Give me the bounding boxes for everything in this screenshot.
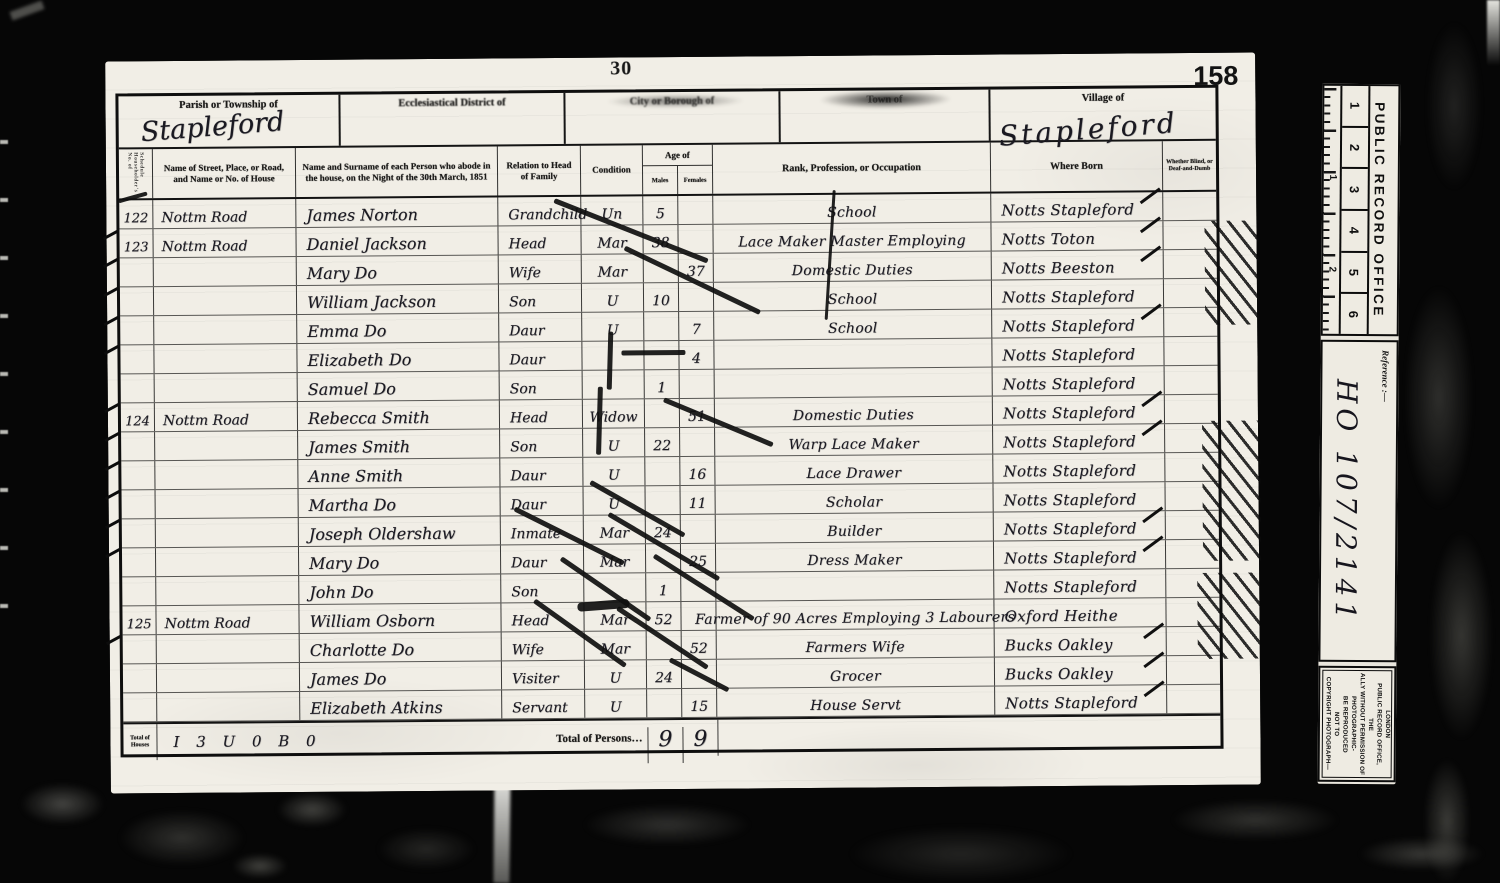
name-cell: James Smith: [298, 429, 500, 459]
age-females-header: Females: [678, 166, 712, 194]
born-cell: Notts Stapleford: [994, 540, 1166, 569]
relation-cell: Head: [498, 226, 581, 255]
blind-cell: [1165, 395, 1218, 423]
col-condition: Condition: [581, 145, 643, 194]
condition-cell: [582, 341, 644, 369]
total-houses-cell: Total of Houses: [123, 724, 157, 760]
col-occupation: Rank, Profession, or Occupation: [713, 143, 991, 194]
occupation-cell: Lace Drawer: [715, 455, 993, 485]
total-houses-value: I 3 U 0 B 0: [157, 722, 447, 760]
born-cell: Bucks Oakley: [995, 627, 1167, 656]
occupation-header: Rank, Profession, or Occupation: [782, 162, 921, 174]
born-cell: Oxford Heithe: [994, 598, 1166, 627]
parish-cell: Parish or Township of Stapleford: [118, 95, 340, 148]
scale-cell: 6: [1341, 294, 1367, 334]
condition-cell: U: [585, 660, 647, 688]
occupation-cell: Dress Maker: [716, 542, 994, 572]
name-cell: Joseph Oldershaw: [299, 516, 501, 546]
blind-cell: [1167, 685, 1220, 713]
relation-cell: Son: [500, 371, 583, 400]
col-blind: Whether Blind, or Deaf-and-Dumb: [1163, 141, 1216, 190]
street-cell: [154, 315, 297, 344]
schedule-number: [120, 287, 154, 315]
street-cell: [157, 634, 300, 663]
film-noise-corner: [1487, 0, 1500, 66]
pro-strip: 1 2 1 2 3 4 5 6 PUBLIC RECORD OFFICE Ref…: [1318, 84, 1401, 785]
scale-cell: 1: [1342, 86, 1368, 128]
street-cell: [155, 431, 298, 460]
age-male-cell: 5: [643, 196, 678, 224]
name-cell: James Norton: [296, 197, 498, 227]
born-cell: Notts Stapleford: [993, 453, 1165, 482]
street-cell: [155, 373, 298, 402]
hatch-marks: [1197, 572, 1260, 658]
schedule-number: [120, 258, 154, 286]
city-label: City or Borough of: [565, 95, 778, 108]
blind-cell: [1163, 192, 1216, 220]
condition-cell: U: [582, 312, 644, 340]
reference-label: Reference :—: [1377, 350, 1393, 402]
census-page: 30 158 Parish or Township of Stapleford …: [105, 52, 1261, 793]
film-noise-top-left: [9, 0, 44, 20]
age-female-cell: 11: [680, 486, 715, 514]
street-cell: Nottm Road: [153, 228, 296, 257]
born-cell: Bucks Oakley: [995, 656, 1167, 685]
age-female-cell: 15: [682, 689, 717, 717]
born-cell: Notts Stapleford: [991, 192, 1163, 221]
age-male-cell: 22: [645, 428, 680, 456]
name-cell: Elizabeth Atkins: [300, 690, 502, 720]
occupation-cell: School: [714, 310, 992, 340]
relation-cell: Daur: [501, 487, 584, 516]
condition-cell: Mar: [582, 254, 644, 282]
occupation-cell: School: [713, 194, 991, 224]
occupation-cell: Farmers Wife: [717, 629, 995, 659]
relation-cell: Head: [500, 400, 583, 429]
street-cell: [156, 518, 299, 547]
occupation-cell: [716, 571, 994, 601]
blind-cell: [1164, 337, 1217, 365]
born-cell: Notts Stapleford: [993, 395, 1165, 424]
totals-spacer: [717, 716, 1220, 756]
schedule-number: [122, 548, 156, 576]
relation-cell: Daur: [499, 313, 582, 342]
occupation-cell: Domestic Duties: [714, 252, 992, 282]
born-cell: Notts Beeston: [992, 250, 1164, 279]
relation-cell: Son: [500, 429, 583, 458]
hatch-marks: [1204, 220, 1259, 324]
scale-cell: 3: [1342, 169, 1368, 211]
district-label: Ecclesiastical District of: [340, 97, 563, 110]
relation-cell: Grandchild: [498, 197, 581, 226]
schedule-number: [120, 316, 154, 344]
schedule-number: [122, 577, 156, 605]
age-header: Age of: [643, 145, 712, 167]
copyright-box: COPYRIGHT PHOTOGRAPH—NOT TO BE REPRODUCE…: [1318, 666, 1397, 783]
name-cell: William Osborn: [299, 603, 501, 633]
name-cell: Charlotte Do: [300, 632, 502, 662]
occupation-cell: Grocer: [717, 658, 995, 688]
total-houses-label: Total of Houses: [123, 735, 156, 749]
relation-cell: Son: [501, 574, 584, 603]
film-noise-right-edge: [1398, 0, 1500, 883]
schedule-number: [123, 664, 157, 692]
total-persons-label: Total of Persons…: [447, 720, 647, 758]
schedule-header: No. of Householder's Schedule: [126, 152, 144, 196]
schedule-number: [121, 432, 155, 460]
born-cell: Notts Stapleford: [992, 308, 1164, 337]
age-female-cell: [680, 370, 715, 398]
schedule-number: 123: [119, 229, 153, 257]
district-cell: Ecclesiastical District of: [340, 93, 565, 146]
village-cell: Village of Stapleford: [990, 88, 1215, 141]
schedule-number: [123, 693, 157, 721]
name-cell: Emma Do: [297, 313, 499, 343]
scale-cell: 2: [1342, 128, 1368, 170]
scale-cell: 5: [1341, 253, 1367, 295]
blind-header: Whether Blind, or Deaf-and-Dumb: [1163, 158, 1216, 172]
name-cell: Samuel Do: [298, 371, 500, 401]
town-cell: Town of: [780, 90, 990, 143]
relation-cell: Son: [499, 284, 582, 313]
name-cell: Mary Do: [297, 255, 499, 285]
schedule-number: 124: [121, 403, 155, 431]
scale-cell: 4: [1341, 211, 1367, 253]
copyright-text: COPYRIGHT PHOTOGRAPH—NOT TO BE REPRODUCE…: [1323, 671, 1392, 777]
census-table: Parish or Township of Stapleford Ecclesi…: [115, 85, 1223, 758]
age-male-cell: [644, 312, 679, 340]
column-headers: No. of Householder's Schedule Name of St…: [119, 141, 1216, 201]
schedule-number: 122: [119, 200, 153, 228]
born-cell: Notts Toton: [991, 221, 1163, 250]
relation-cell: Wife: [499, 255, 582, 284]
col-age: Age of Males Females: [643, 145, 713, 195]
blind-cell: [1165, 366, 1218, 394]
condition-cell: U: [583, 428, 645, 456]
schedule-number: [122, 490, 156, 518]
parish-value: Stapleford: [140, 106, 286, 148]
relation-header: Relation to Head of Family: [498, 159, 580, 182]
condition-cell: U: [585, 689, 647, 717]
age-female-cell: [680, 428, 715, 456]
street-cell: Nottm Road: [156, 605, 299, 634]
relation-cell: Daur: [500, 458, 583, 487]
age-male-cell: 1: [646, 573, 681, 601]
age-female-cell: 16: [680, 457, 715, 485]
age-male-cell: [647, 689, 682, 717]
form-header: Parish or Township of Stapleford Ecclesi…: [118, 88, 1215, 150]
age-female-cell: 4: [679, 341, 714, 369]
occupation-cell: [714, 339, 992, 369]
city-cell: City or Borough of: [565, 91, 780, 144]
total-persons-males: 9: [647, 727, 682, 763]
col-name: Name and Surname of each Person who abod…: [296, 146, 498, 197]
born-cell: Notts Stapleford: [994, 569, 1166, 598]
street-cell: [155, 460, 298, 489]
age-male-cell: [645, 486, 680, 514]
relation-cell: Wife: [502, 632, 585, 661]
age-male-cell: 52: [646, 602, 681, 630]
total-persons-females: 9: [682, 727, 717, 763]
reference-box: Reference :— HO 107/2141: [1318, 340, 1398, 663]
occupation-cell: Domestic Duties: [715, 397, 993, 427]
schedule-number: 125: [122, 606, 156, 634]
pen-stroke: [621, 350, 685, 356]
scale-column: 1 2 3 4 5 6: [1339, 86, 1371, 334]
schedule-number: [120, 345, 154, 373]
street-cell: [154, 286, 297, 315]
street-cell: [156, 547, 299, 576]
born-cell: Notts Stapleford: [993, 424, 1165, 453]
born-header: Where Born: [1050, 161, 1103, 172]
born-cell: Notts Stapleford: [992, 337, 1164, 366]
street-cell: Nottm Road: [153, 199, 296, 228]
schedule-number: [122, 519, 156, 547]
occupation-cell: School: [714, 281, 992, 311]
occupation-cell: [715, 368, 993, 398]
name-cell: Elizabeth Do: [297, 342, 499, 372]
page-number-left: 30: [610, 57, 632, 80]
name-cell: John Do: [299, 574, 501, 604]
name-cell: Anne Smith: [298, 458, 500, 488]
name-cell: Daniel Jackson: [296, 226, 498, 256]
col-relation: Relation to Head of Family: [498, 146, 581, 196]
blind-cell: [1167, 656, 1220, 684]
name-cell: Martha Do: [299, 487, 501, 517]
name-cell: William Jackson: [297, 284, 499, 314]
village-label: Village of: [990, 92, 1215, 105]
schedule-number: [123, 635, 157, 663]
born-cell: Notts Stapleford: [993, 482, 1165, 511]
age-males-header: Males: [643, 166, 678, 194]
street-header: Name of Street, Place, or Road, and Name…: [153, 162, 295, 185]
occupation-cell: Builder: [716, 513, 994, 543]
occupation-cell: Lace Maker Master Employing: [713, 223, 991, 253]
film-noise-bottom-right: [520, 786, 1500, 883]
scan-background: 30 158 Parish or Township of Stapleford …: [0, 0, 1500, 883]
hatch-marks: [1202, 420, 1261, 560]
age-male-cell: 1: [645, 370, 680, 398]
age-female-cell: [678, 196, 713, 224]
occupation-cell: Farmer of 90 Acres Employing 3 Labourers: [716, 600, 994, 630]
occupation-cell: Scholar: [715, 484, 993, 514]
street-cell: [156, 576, 299, 605]
relation-cell: Daur: [499, 342, 582, 371]
schedule-number: [121, 461, 155, 489]
film-noise-left-edge: [0, 140, 8, 620]
condition-cell: Widow: [583, 399, 645, 427]
name-header: Name and Surname of each Person who abod…: [296, 160, 497, 184]
ruler-number: 1: [1327, 174, 1338, 180]
ruler-icon: [1323, 88, 1339, 332]
name-cell: Rebecca Smith: [298, 400, 500, 430]
born-cell: Notts Stapleford: [993, 366, 1165, 395]
totals-row: Total of Houses I 3 U 0 B 0 Total of Per…: [123, 714, 1220, 761]
street-cell: [157, 692, 300, 721]
street-cell: [156, 489, 299, 518]
occupation-cell: House Servt: [717, 687, 995, 717]
town-label: Town of: [780, 94, 988, 107]
condition-cell: [583, 370, 645, 398]
age-male-cell: [645, 457, 680, 485]
pro-ruler-box: 1 2 1 2 3 4 5 6 PUBLIC RECORD OFFICE: [1321, 84, 1401, 337]
ruler-number: 2: [1326, 266, 1337, 272]
age-female-cell: 7: [679, 312, 714, 340]
name-cell: Mary Do: [299, 545, 501, 575]
condition-header: Condition: [592, 164, 631, 175]
relation-cell: Visiter: [502, 661, 585, 690]
age-female-cell: [681, 515, 716, 543]
relation-cell: Servant: [502, 690, 585, 719]
born-cell: Notts Stapleford: [995, 685, 1167, 714]
name-cell: James Do: [300, 661, 502, 691]
schedule-number: [121, 374, 155, 402]
street-cell: [154, 344, 297, 373]
col-street: Name of Street, Place, or Road, and Name…: [153, 148, 296, 198]
age-male-cell: 10: [644, 283, 679, 311]
born-cell: Notts Stapleford: [992, 279, 1164, 308]
condition-cell: U: [582, 283, 644, 311]
born-cell: Notts Stapleford: [994, 511, 1166, 540]
reference-value: HO 107/2141: [1328, 354, 1363, 650]
street-cell: [157, 663, 300, 692]
street-cell: Nottm Road: [155, 402, 298, 431]
copyright-inner: COPYRIGHT PHOTOGRAPH—NOT TO BE REPRODUCE…: [1322, 670, 1393, 778]
col-schedule: No. of Householder's Schedule: [119, 149, 153, 198]
street-cell: [154, 257, 297, 286]
pro-office-label: PUBLIC RECORD OFFICE: [1371, 86, 1399, 334]
